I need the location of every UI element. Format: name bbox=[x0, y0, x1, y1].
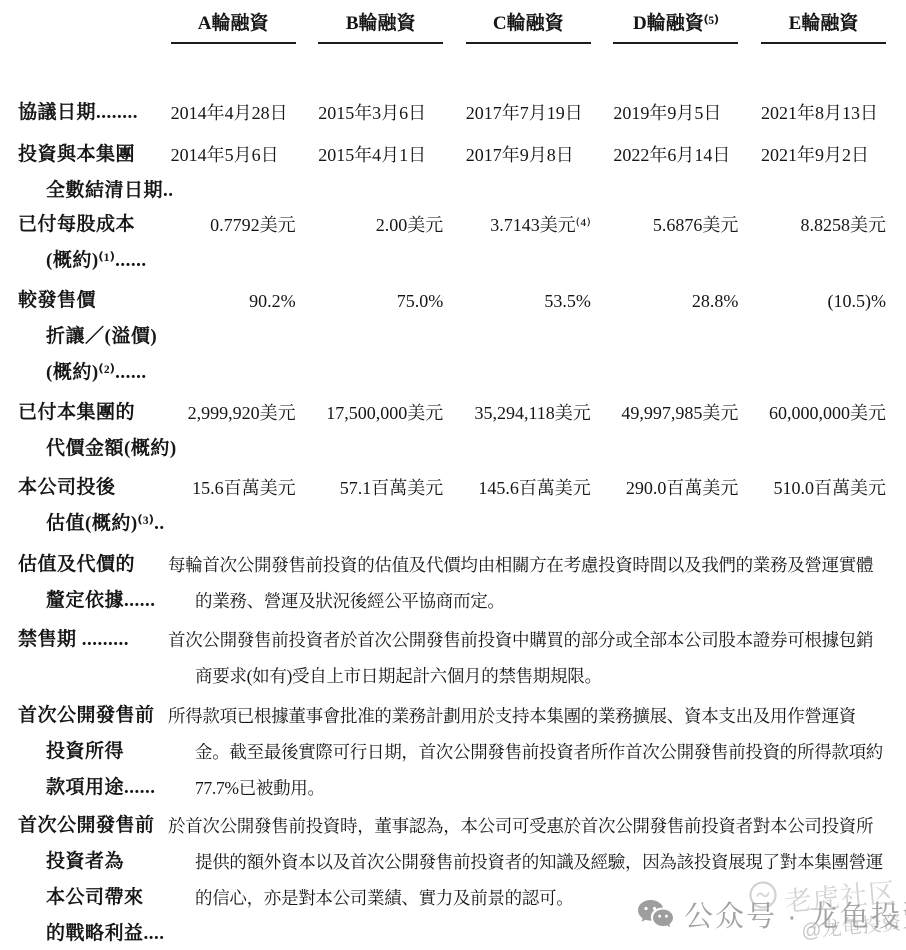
value-cell: 49,997,985美元 bbox=[621, 395, 738, 431]
row-label-line: 估值及代價的 bbox=[18, 547, 168, 583]
row-label-line: 折讓／(溢價) bbox=[18, 319, 168, 355]
paragraph-line: 77.7%已被動用。 bbox=[168, 770, 902, 806]
row-label-line: 禁售期 ......... bbox=[18, 622, 168, 658]
row-label-line: (概約)⁽¹⁾...... bbox=[18, 243, 168, 279]
value-cell: 2,999,920美元 bbox=[188, 395, 296, 431]
value-cell: 290.0百萬美元 bbox=[626, 470, 739, 506]
value-cell: 2022年6月14日 bbox=[613, 137, 730, 173]
row-label-line: 的戰略利益.... bbox=[18, 916, 168, 950]
row-label-line: (概約)⁽²⁾...... bbox=[18, 355, 168, 391]
value-cell: 35,294,118美元 bbox=[474, 395, 590, 431]
row-label-line: 已付每股成本 bbox=[18, 207, 168, 243]
value-cell: 2017年7月19日 bbox=[466, 95, 583, 131]
value-cell: 75.0% bbox=[397, 283, 444, 319]
value-cell: 8.8258美元 bbox=[801, 207, 887, 243]
column-header: A輪融資 bbox=[171, 8, 296, 44]
row-values: 90.2%75.0%53.5%28.8%(10.5)% bbox=[168, 283, 906, 319]
prospectus-page: A輪融資B輪融資C輪融資D輪融資⁽⁵⁾E輪融資協議日期........2014年… bbox=[0, 0, 906, 950]
watermark-wechat: 公众号 · 龙龟投资 bbox=[636, 894, 906, 935]
row-label-line: 本公司帶來 bbox=[18, 880, 168, 916]
row-label: 首次公開發售前投資者為本公司帶來的戰略利益.... bbox=[18, 808, 168, 950]
value-cell: 2014年4月28日 bbox=[171, 95, 288, 131]
value-cell: 15.6百萬美元 bbox=[192, 470, 296, 506]
value-cell: 53.5% bbox=[544, 283, 591, 319]
row-label: 較發售價折讓／(溢價)(概約)⁽²⁾...... bbox=[18, 283, 168, 391]
value-cell: 17,500,000美元 bbox=[326, 395, 443, 431]
row-label-line: 投資所得 bbox=[18, 734, 168, 770]
row-label: 本公司投後估值(概約)⁽³⁾.. bbox=[18, 470, 168, 542]
watermark-wechat-text: 公众号 · 龙龟投资 bbox=[684, 894, 906, 935]
row-label: 已付本集團的代價金額(概約) bbox=[18, 395, 168, 467]
value-cell: 60,000,000美元 bbox=[769, 395, 886, 431]
paragraph-text: 每輪首次公開發售前投資的估值及代價均由相關方在考慮投資時間以及我們的業務及營運實… bbox=[168, 547, 902, 619]
column-header: B輪融資 bbox=[318, 8, 443, 44]
paragraph-line: 首次公開發售前投資者於首次公開發售前投資中購買的部分或全部本公司股本證券可根據包… bbox=[168, 622, 902, 658]
value-cell: 2021年8月13日 bbox=[761, 95, 878, 131]
row-label: 投資與本集團全數結清日期.. bbox=[18, 137, 168, 209]
paragraph-line: 的業務、營運及狀況後經公平協商而定。 bbox=[168, 583, 902, 619]
paragraph-line: 於首次公開發售前投資時，董事認為，本公司可受惠於首次公開發售前投資者對本公司投資… bbox=[168, 808, 902, 844]
row-values: 15.6百萬美元57.1百萬美元145.6百萬美元290.0百萬美元510.0百… bbox=[168, 470, 906, 506]
column-header: D輪融資⁽⁵⁾ bbox=[613, 8, 738, 44]
paragraph-text: 首次公開發售前投資者於首次公開發售前投資中購買的部分或全部本公司股本證券可根據包… bbox=[168, 622, 902, 694]
value-cell: 2.00美元 bbox=[376, 207, 444, 243]
row-label: 協議日期........ bbox=[18, 95, 168, 131]
row-label-line: 已付本集團的 bbox=[18, 395, 168, 431]
value-cell: 3.7143美元⁽⁴⁾ bbox=[490, 207, 591, 243]
value-cell: 0.7792美元 bbox=[210, 207, 296, 243]
value-cell: 2014年5月6日 bbox=[171, 137, 279, 173]
row-label-line: 本公司投後 bbox=[18, 470, 168, 506]
value-cell: 2015年4月1日 bbox=[318, 137, 426, 173]
value-cell: 57.1百萬美元 bbox=[340, 470, 444, 506]
paragraph-line: 每輪首次公開發售前投資的估值及代價均由相關方在考慮投資時間以及我們的業務及營運實… bbox=[168, 547, 902, 583]
row-label-line: 估值(概約)⁽³⁾.. bbox=[18, 506, 168, 542]
row-label: 已付每股成本(概約)⁽¹⁾...... bbox=[18, 207, 168, 279]
value-cell: 145.6百萬美元 bbox=[478, 470, 591, 506]
value-cell: 2015年3月6日 bbox=[318, 95, 426, 131]
row-values: 2014年5月6日2015年4月1日2017年9月8日2022年6月14日202… bbox=[168, 137, 906, 173]
row-label-line: 款項用途...... bbox=[18, 770, 168, 806]
row-label: 首次公開發售前投資所得款項用途...... bbox=[18, 698, 168, 806]
value-cell: 510.0百萬美元 bbox=[774, 470, 887, 506]
column-header: C輪融資 bbox=[466, 8, 591, 44]
row-values: 0.7792美元2.00美元3.7143美元⁽⁴⁾5.6876美元8.8258美… bbox=[168, 207, 906, 243]
row-label: 禁售期 ......... bbox=[18, 622, 168, 658]
row-label-line: 協議日期........ bbox=[18, 95, 168, 131]
row-label-line: 投資與本集團 bbox=[18, 137, 168, 173]
value-cell: 5.6876美元 bbox=[653, 207, 739, 243]
value-cell: 2019年9月5日 bbox=[613, 95, 721, 131]
value-cell: 90.2% bbox=[249, 283, 296, 319]
value-cell: 2017年9月8日 bbox=[466, 137, 574, 173]
paragraph-line: 提供的額外資本以及首次公開發售前投資者的知識及經驗，因為該投資展現了對本集團營運 bbox=[168, 844, 902, 880]
value-cell: (10.5)% bbox=[828, 283, 886, 319]
column-header: E輪融資 bbox=[761, 8, 886, 44]
row-label-line: 首次公開發售前 bbox=[18, 808, 168, 844]
wechat-icon bbox=[636, 898, 674, 932]
row-label: 估值及代價的釐定依據...... bbox=[18, 547, 168, 619]
paragraph-text: 所得款項已根據董事會批准的業務計劃用於支持本集團的業務擴展、資本支出及用作營運資… bbox=[168, 698, 902, 806]
paragraph-line: 商要求(如有)受自上市日期起計六個月的禁售期規限。 bbox=[168, 658, 902, 694]
paragraph-line: 金。截至最後實際可行日期，首次公開發售前投資者所作首次公開發售前投資的所得款項約 bbox=[168, 734, 902, 770]
value-cell: 28.8% bbox=[692, 283, 739, 319]
row-label-line: 釐定依據...... bbox=[18, 583, 168, 619]
row-label-line: 代價金額(概約) bbox=[18, 431, 168, 467]
row-label-line: 較發售價 bbox=[18, 283, 168, 319]
value-cell: 2021年9月2日 bbox=[761, 137, 869, 173]
row-values: 2,999,920美元17,500,000美元35,294,118美元49,99… bbox=[168, 395, 906, 431]
row-label-line: 全數結清日期.. bbox=[18, 173, 168, 209]
table-header-row: A輪融資B輪融資C輪融資D輪融資⁽⁵⁾E輪融資 bbox=[168, 8, 906, 48]
row-values: 2014年4月28日2015年3月6日2017年7月19日2019年9月5日20… bbox=[168, 95, 906, 131]
paragraph-line: 所得款項已根據董事會批准的業務計劃用於支持本集團的業務擴展、資本支出及用作營運資 bbox=[168, 698, 902, 734]
row-label-line: 投資者為 bbox=[18, 844, 168, 880]
row-label-line: 首次公開發售前 bbox=[18, 698, 168, 734]
